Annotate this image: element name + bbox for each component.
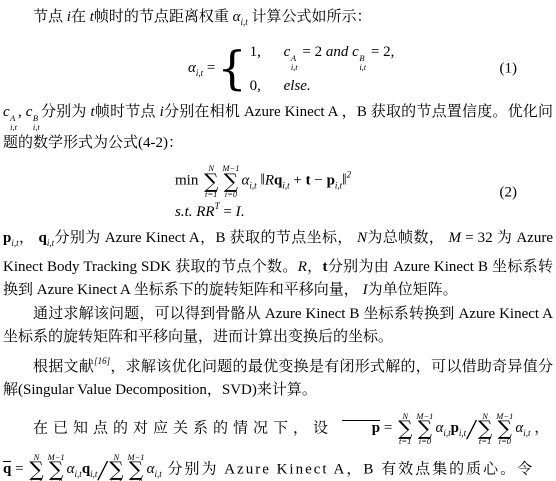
sup-sub-stack: Ai,t	[291, 54, 298, 72]
paragraph-notation: pi,t， qi,t分别为 Azure Kinect A，B 获取的节点坐标， …	[3, 227, 553, 303]
equation-2-body: min N∑t=1M−1∑i=0αi,t ‖Rqi,t + t − pi,t‖2…	[175, 164, 553, 221]
summation-symbol: M−1∑i=0	[127, 453, 144, 481]
eq1-lhs: αi,t =	[188, 60, 215, 78]
eq1-case1-condition: cAi,t = 2 and cBi,t = 2,	[284, 41, 395, 72]
pbar-formula: p = N∑t=1M−1∑i=0αi,tpi,t/N∑t=1M−1∑i=0αi,…	[342, 420, 549, 436]
paragraph-confidence: cAi,t, cBi,t分别为 t帧时节点 i分别在相机 Azure Kinec…	[3, 101, 553, 156]
equation-2: min N∑t=1M−1∑i=0αi,t ‖Rqi,t + t − pi,t‖2…	[3, 164, 553, 221]
summation-symbol: M−1∑i=0	[222, 164, 239, 198]
document-page: 节点 i在 t帧时的节点距离权重 αi,t 计算公式如所示： αi,t = { …	[0, 0, 556, 481]
summation-symbol: N∑t=1	[109, 453, 123, 481]
sup-sub-stack: Bi,t	[33, 114, 40, 132]
qbar-formula: q = N∑t=1M−1∑i=0αi,tqi,t/N∑t=1M−1∑i=0αi,…	[3, 461, 162, 477]
summation-symbol: M−1∑i=0	[48, 453, 65, 481]
eq1-case2-value: 0,	[250, 75, 284, 97]
summation-symbol: N∑t=1	[29, 453, 43, 481]
summation-symbol: M−1∑i=0	[416, 412, 433, 446]
eq1-case2-condition: else.	[284, 75, 311, 97]
summation-symbol: M−1∑i=0	[496, 412, 513, 446]
paragraph-solve-transform: 通过求解该问题，可以得到骨骼从 Azure Kinect B 坐标系转换到 Az…	[3, 303, 553, 350]
eq2-constraint: s.t. RRT = I.	[175, 201, 553, 221]
summation-symbol: N∑t=1	[398, 412, 412, 446]
paragraph-weight-intro: 节点 i在 t帧时的节点距离权重 αi,t 计算公式如所示：	[3, 6, 553, 35]
summation-symbol: N∑t=1	[204, 164, 218, 198]
equation-1: αi,t = { 1, cAi,t = 2 and cBi,t = 2, 0, …	[3, 41, 553, 97]
summation-symbol: N∑t=1	[478, 412, 492, 446]
equation-2-number: (2)	[500, 184, 518, 201]
cases-brace: {	[217, 49, 246, 88]
paragraph-centroid-p: 在已知点的对应关系的情况下，设 p = N∑t=1M−1∑i=0αi,tpi,t…	[3, 412, 553, 446]
equation-1-body: αi,t = { 1, cAi,t = 2 and cBi,t = 2, 0, …	[188, 41, 553, 97]
p6-lead-text: 在已知点的对应关系的情况下，设	[33, 420, 342, 436]
paragraph-centroid-q: q = N∑t=1M−1∑i=0αi,tqi,t/N∑t=1M−1∑i=0αi,…	[3, 453, 553, 481]
sup-sub-stack: Bi,t	[359, 54, 366, 72]
paragraph-svd: 根据文献[16]，求解该优化问题的最优变换是有闭形式解的，可以借助奇异值分解(S…	[3, 350, 553, 403]
eq1-case-row-2: 0, else.	[250, 75, 395, 97]
equation-1-number: (1)	[500, 60, 518, 77]
eq1-cases: 1, cAi,t = 2 and cBi,t = 2, 0, else.	[250, 41, 395, 97]
eq1-case1-value: 1,	[250, 41, 284, 72]
eq1-case-row-1: 1, cAi,t = 2 and cBi,t = 2,	[250, 41, 395, 72]
p7-tail-text: 分别为 Azure Kinect A，B 有效点集的质心。令	[162, 461, 534, 477]
sup-sub-stack: Ai,t	[10, 114, 17, 132]
eq2-objective: min N∑t=1M−1∑i=0αi,t ‖Rqi,t + t − pi,t‖2	[175, 164, 553, 198]
